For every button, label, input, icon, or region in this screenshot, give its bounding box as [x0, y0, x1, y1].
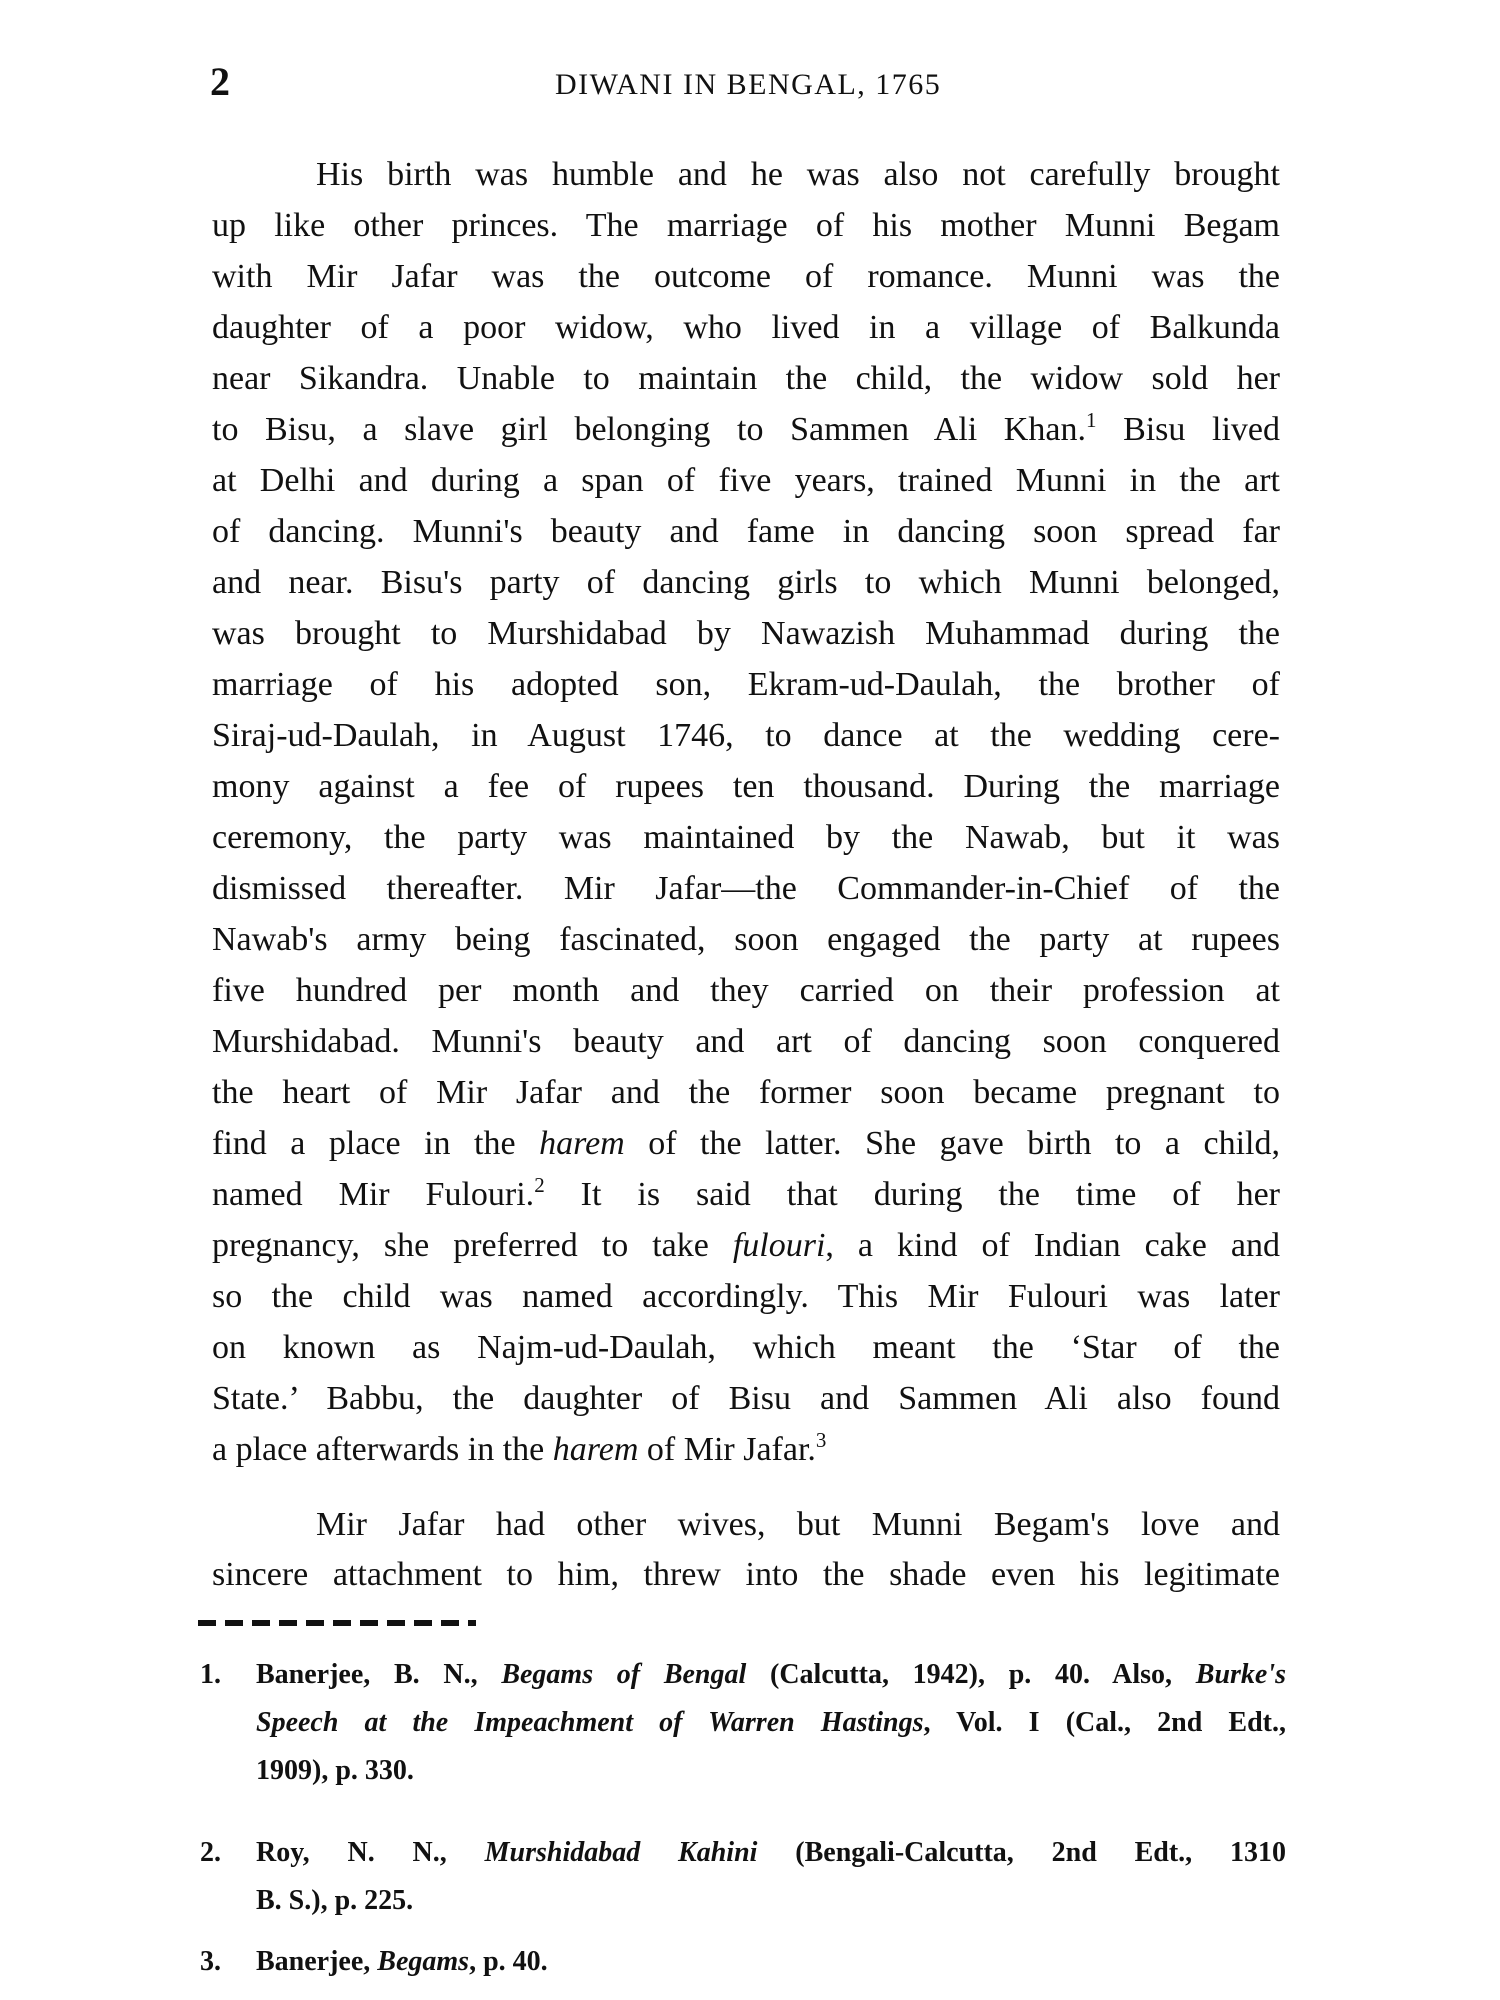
footnote-2-cont: B. S.), p. 225. — [0, 1881, 1500, 1921]
text-line: named Mir Fulouri.2 It is said that duri… — [212, 1170, 1280, 1220]
footnote-line: Roy, N. N., Murshidabad Kahini (Bengali-… — [256, 1833, 1286, 1873]
footnote-3: 3. Banerjee, Begams, p. 40. — [0, 1942, 1500, 1982]
line-text: of Mir Jafar. — [638, 1431, 816, 1468]
text-line: five hundred per month and they carried … — [212, 966, 1280, 1016]
page-number: 2 — [210, 58, 230, 105]
line-text: , a kind of Indian cake and — [825, 1227, 1280, 1264]
text-line: Mir Jafar had other wives, but Munni Beg… — [316, 1500, 1280, 1550]
line-text: named Mir Fulouri. — [212, 1176, 534, 1213]
citation-text: Roy, N. N., — [256, 1837, 485, 1868]
citation-text: (Calcutta, 1942), p. 40. Also, — [746, 1659, 1195, 1690]
text-line: Murshidabad. Munni's beauty and art of d… — [212, 1017, 1280, 1067]
line-text: find a place in the — [212, 1125, 539, 1162]
text-line: and near. Bisu's party of dancing girls … — [212, 558, 1280, 608]
italic-term: harem — [539, 1125, 625, 1162]
text-line: at Delhi and during a span of five years… — [212, 456, 1280, 506]
footnote-2: 2. Roy, N. N., Murshidabad Kahini (Benga… — [0, 1833, 1500, 1873]
footnote-line: B. S.), p. 225. — [256, 1881, 1286, 1921]
footnote-ref-1[interactable]: 1 — [1086, 408, 1097, 432]
footnote-ref-3[interactable]: 3 — [816, 1428, 827, 1452]
text-line: His birth was humble and he was also not… — [316, 150, 1280, 200]
text-line: sincere attachment to him, threw into th… — [212, 1550, 1280, 1600]
citation-title: Begams — [377, 1946, 469, 1977]
footnote-separator — [198, 1620, 476, 1626]
italic-term: harem — [553, 1431, 639, 1468]
book-page: 2 DIWANI IN BENGAL, 1765 His birth was h… — [0, 0, 1500, 2000]
footnote-line: 1909), p. 330. — [256, 1751, 1286, 1791]
text-line: on known as Najm-ud-Daulah, which meant … — [212, 1323, 1280, 1373]
line-text: pregnancy, she preferred to take — [212, 1227, 733, 1264]
line-text: to Bisu, a slave girl belonging to Samme… — [212, 411, 1086, 448]
text-line: Siraj-ud-Daulah, in August 1746, to danc… — [212, 711, 1280, 761]
footnote-number: 2. — [200, 1833, 221, 1873]
footnote-ref-2[interactable]: 2 — [534, 1173, 545, 1197]
footnote-number: 1. — [200, 1655, 221, 1695]
footnote-line: Banerjee, B. N., Begams of Bengal (Calcu… — [256, 1655, 1286, 1695]
text-line: find a place in the harem of the latter.… — [212, 1119, 1280, 1169]
text-line: up like other princes. The marriage of h… — [212, 201, 1280, 251]
text-line: to Bisu, a slave girl belonging to Samme… — [212, 405, 1280, 455]
text-line: mony against a fee of rupees ten thousan… — [212, 762, 1280, 812]
text-line: near Sikandra. Unable to maintain the ch… — [212, 354, 1280, 404]
text-line: was brought to Murshidabad by Nawazish M… — [212, 609, 1280, 659]
text-line: with Mir Jafar was the outcome of romanc… — [212, 252, 1280, 302]
footnote-line: Banerjee, Begams, p. 40. — [256, 1942, 1286, 1982]
line-text: Bisu lived — [1123, 411, 1280, 448]
citation-text: , Vol. I (Cal., 2nd Edt., — [924, 1707, 1286, 1738]
text-line: State.’ Babbu, the daughter of Bisu and … — [212, 1374, 1280, 1424]
footnote-line: Speech at the Impeachment of Warren Hast… — [256, 1703, 1286, 1743]
line-text: It is said that during the time of her — [581, 1176, 1280, 1213]
citation-text: (Bengali-Calcutta, 2nd Edt., 1310 — [757, 1837, 1286, 1868]
citation-text: Banerjee, B. N., — [256, 1659, 501, 1690]
text-line: daughter of a poor widow, who lived in a… — [212, 303, 1280, 353]
citation-title: Burke's — [1196, 1659, 1286, 1690]
footnote-1: 1. Banerjee, B. N., Begams of Bengal (Ca… — [0, 1655, 1500, 1695]
line-text: of the latter. She gave birth to a child… — [625, 1125, 1280, 1162]
text-line: pregnancy, she preferred to take fulouri… — [212, 1221, 1280, 1271]
text-line: the heart of Mir Jafar and the former so… — [212, 1068, 1280, 1118]
footnote-1-cont: 1909), p. 330. — [0, 1751, 1500, 1791]
footnote-number: 3. — [200, 1942, 221, 1982]
italic-term: fulouri — [733, 1227, 826, 1264]
citation-text: Banerjee, — [256, 1946, 377, 1977]
running-title: DIWANI IN BENGAL, 1765 — [555, 68, 941, 102]
text-line: marriage of his adopted son, Ekram-ud-Da… — [212, 660, 1280, 710]
citation-text: , p. 40. — [469, 1946, 548, 1977]
line-text: a place afterwards in the — [212, 1431, 553, 1468]
citation-title: Murshidabad Kahini — [485, 1837, 758, 1868]
footnote-1-cont: Speech at the Impeachment of Warren Hast… — [0, 1703, 1500, 1743]
text-line: a place afterwards in the harem of Mir J… — [212, 1425, 1280, 1475]
text-line: so the child was named accordingly. This… — [212, 1272, 1280, 1322]
citation-title: Begams of Bengal — [501, 1659, 746, 1690]
text-line: ceremony, the party was maintained by th… — [212, 813, 1280, 863]
citation-title: Speech at the Impeachment of Warren Hast… — [256, 1707, 924, 1738]
text-line: of dancing. Munni's beauty and fame in d… — [212, 507, 1280, 557]
text-line: dismissed thereafter. Mir Jafar—the Comm… — [212, 864, 1280, 914]
text-line: Nawab's army being fascinated, soon enga… — [212, 915, 1280, 965]
